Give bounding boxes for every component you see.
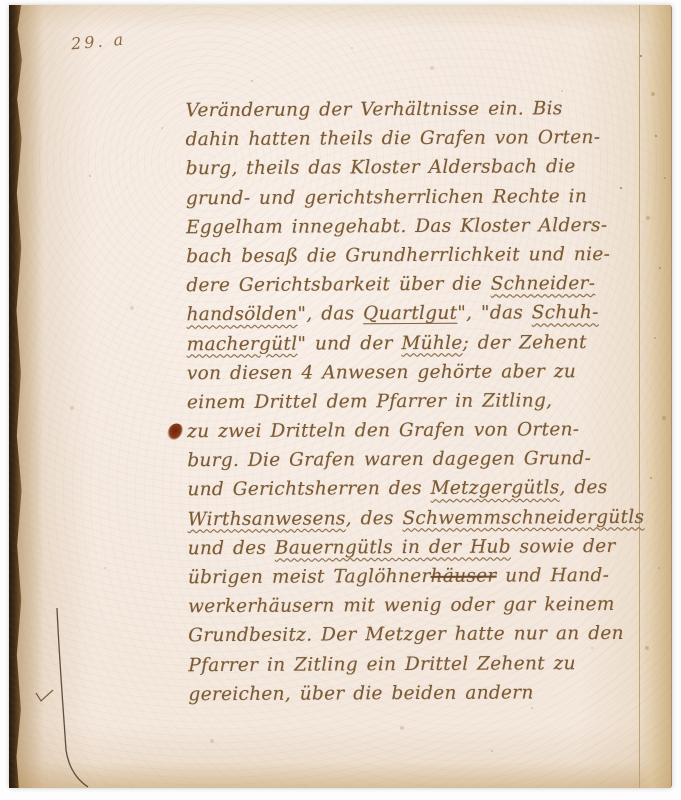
text-line: grund- und gerichtsherrlichen Rechte in: [186, 181, 642, 213]
text-segment: Quartlgut: [363, 303, 457, 324]
text-line: von diesen 4 Anwesen gehörte aber zu: [187, 356, 643, 388]
text-line: und Gerichtsherren des Metzgergütls, des: [187, 473, 643, 505]
text-segment: burg, theils das Kloster Aldersbach die: [186, 157, 576, 180]
text-line: burg, theils das Kloster Aldersbach die: [186, 152, 642, 184]
text-segment: Schwemmschneidergütls: [402, 506, 644, 528]
text-segment: Grundbesitz. Der Metzger hatte nur an de…: [188, 623, 624, 646]
text-segment: Schneider-: [491, 273, 596, 295]
text-line: gereichen, über die beiden andern: [188, 678, 644, 710]
text-segment: " und der: [297, 333, 401, 355]
text-segment: zu zwei Dritteln den Grafen von Orten-: [187, 419, 579, 442]
text-segment: Schuh-: [532, 302, 599, 323]
text-segment: Metzgergütls: [431, 478, 560, 500]
text-line: burg. Die Grafen waren dagegen Grund-: [187, 444, 643, 476]
text-line: handsölden", das Quartlgut", "das Schuh-: [186, 298, 642, 330]
text-line: Wirthsanwesens, des Schwemmschneidergütl…: [188, 502, 644, 534]
text-segment: , des: [559, 477, 607, 498]
text-segment: sowie der: [511, 536, 616, 558]
tear-line: [57, 608, 88, 787]
text-segment: Bauerngütls in der Hub: [275, 536, 511, 558]
text-line: Eggelham innegehabt. Das Kloster Alders-: [186, 211, 642, 243]
text-segment: bach besaß die Grundherrlichkeit und nie…: [186, 244, 610, 267]
text-line: zu zwei Dritteln den Grafen von Orten-: [187, 415, 643, 447]
foxing-speckles: [9, 5, 11, 7]
text-segment: handsölden: [186, 304, 297, 326]
text-segment: machergütl: [187, 333, 298, 355]
text-segment: gereichen, über die beiden andern: [188, 682, 533, 705]
manuscript-page: 29. a Veränderung der Verhältnisse ein. …: [9, 5, 672, 788]
text-segment: dahin hatten theils die Grafen von Orten…: [186, 127, 601, 150]
text-segment: übrigen meist Taglöhner: [188, 566, 431, 588]
text-line: einem Drittel dem Pfarrer in Zitling,: [187, 386, 643, 418]
text-line: und des Bauerngütls in der Hub sowie der: [188, 532, 644, 564]
text-segment: einem Drittel dem Pfarrer in Zitling,: [187, 390, 552, 413]
text-segment: Eggelham innegehabt. Das Kloster Alders-: [186, 215, 607, 238]
text-segment: grund- und gerichtsherrlichen Rechte in: [186, 186, 587, 209]
text-segment: Veränderung der Verhältnisse ein. Bis: [185, 98, 562, 121]
text-segment: werkerhäusern mit wenig oder gar keinem: [188, 594, 615, 617]
text-segment: und des: [188, 538, 275, 559]
text-line: Grundbesitz. Der Metzger hatte nur an de…: [188, 619, 644, 651]
ink-blot: [165, 421, 184, 442]
text-segment: ", "das: [457, 303, 532, 324]
text-line: übrigen meist Taglöhnerhäuser und Hand-: [188, 561, 644, 593]
text-line: Pfarrer in Zitling ein Drittel Zehent zu: [188, 648, 644, 680]
text-segment: und Hand-: [496, 565, 609, 587]
text-segment: häuser: [431, 566, 497, 587]
text-segment: ", das: [297, 304, 363, 325]
text-line: bach besaß die Grundherrlichkeit und nie…: [186, 240, 642, 272]
text-segment: burg. Die Grafen waren dagegen Grund-: [187, 448, 591, 471]
text-line: dahin hatten theils die Grafen von Orten…: [186, 123, 642, 155]
text-segment: Pfarrer in Zitling ein Drittel Zehent zu: [188, 653, 576, 676]
text-line: dere Gerichtsbarkeit über die Schneider-: [186, 269, 642, 301]
text-segment: dere Gerichtsbarkeit über die: [186, 274, 490, 297]
text-line: Veränderung der Verhältnisse ein. Bis: [185, 94, 641, 126]
folio-number: 29. a: [70, 30, 127, 54]
text-segment: Wirthsanwesens: [188, 508, 346, 530]
text-line: machergütl" und der Mühle; der Zehent: [187, 327, 643, 359]
text-segment: und Gerichtsherren des: [187, 478, 430, 500]
text-segment: ; der Zehent: [462, 332, 586, 354]
manuscript-text: Veränderung der Verhältnisse ein. Bisdah…: [185, 94, 644, 709]
text-line: werkerhäusern mit wenig oder gar keinem: [188, 590, 644, 622]
text-segment: Mühle: [401, 332, 462, 353]
text-segment: , des: [346, 508, 403, 529]
scanned-document: 29. a Veränderung der Verhältnisse ein. …: [0, 0, 681, 800]
text-segment: von diesen 4 Anwesen gehörte aber zu: [187, 361, 576, 384]
